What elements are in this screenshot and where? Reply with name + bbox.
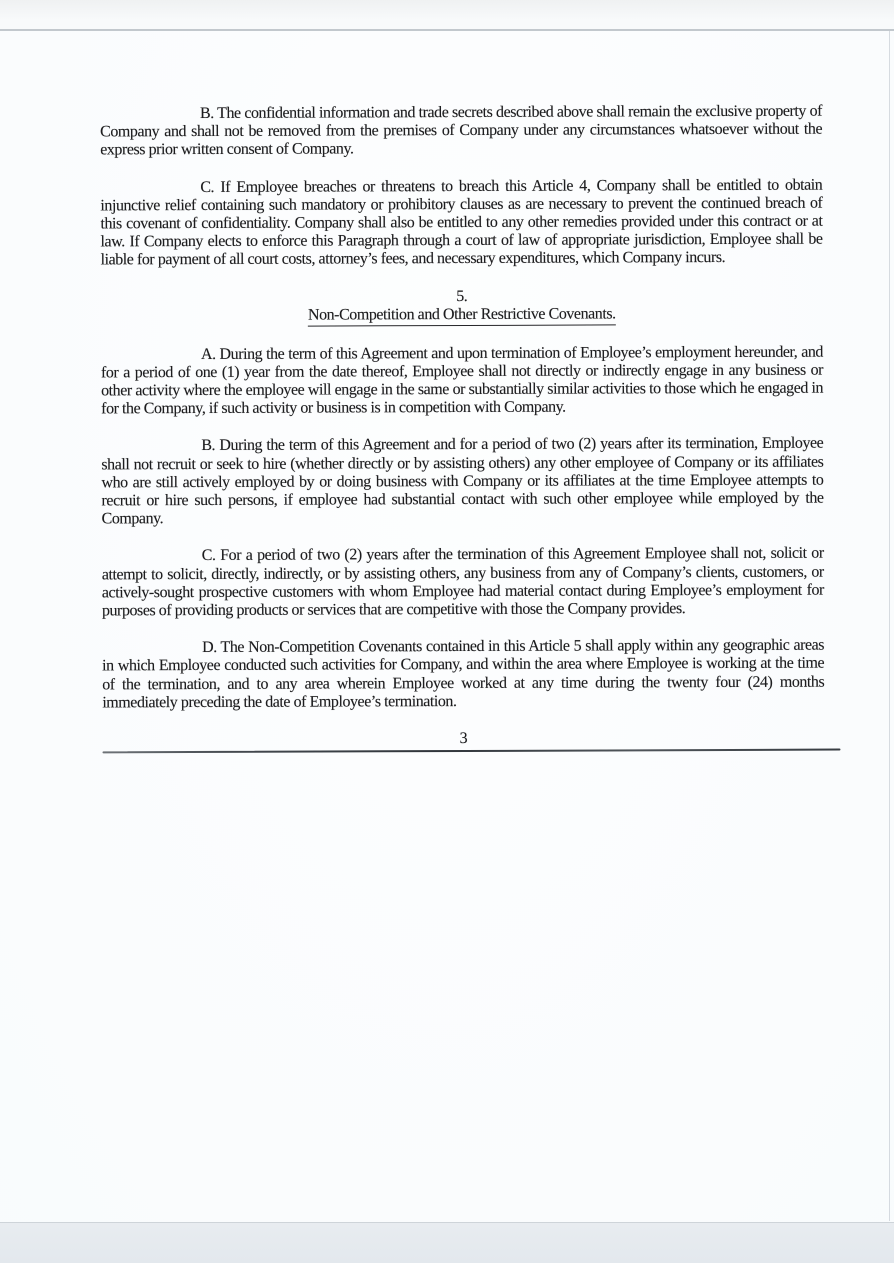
paragraph-5a-non-compete-term: A. During the term of this Agreement and…: [101, 343, 823, 419]
paragraph-4b-confidential-property: B. The confidential information and trad…: [100, 103, 822, 160]
scanned-document: B. The confidential information and trad…: [0, 0, 894, 1263]
page-number: 3: [460, 730, 468, 749]
page-footer: 3: [102, 729, 824, 754]
scan-bottom-edge: [0, 1222, 894, 1263]
section-title: Non-Competition and Other Restrictive Co…: [308, 305, 616, 326]
section-number: 5.: [101, 286, 823, 307]
paragraph-5d-geographic-scope: D. The Non-Competition Covenants contain…: [102, 637, 824, 713]
scan-top-edge: [0, 0, 894, 31]
paragraph-4c-breach-remedies: C. If Employee breaches or threatens to …: [100, 176, 822, 270]
paragraph-5c-non-solicit: C. For a period of two (2) years after t…: [102, 545, 824, 621]
page-content: B. The confidential information and trad…: [100, 103, 824, 754]
section-5-heading: 5. Non-Competition and Other Restrictive…: [101, 286, 823, 327]
paragraph-5b-non-recruit: B. During the term of this Agreement and…: [101, 435, 823, 529]
scan-right-edge-line: [889, 31, 890, 1221]
